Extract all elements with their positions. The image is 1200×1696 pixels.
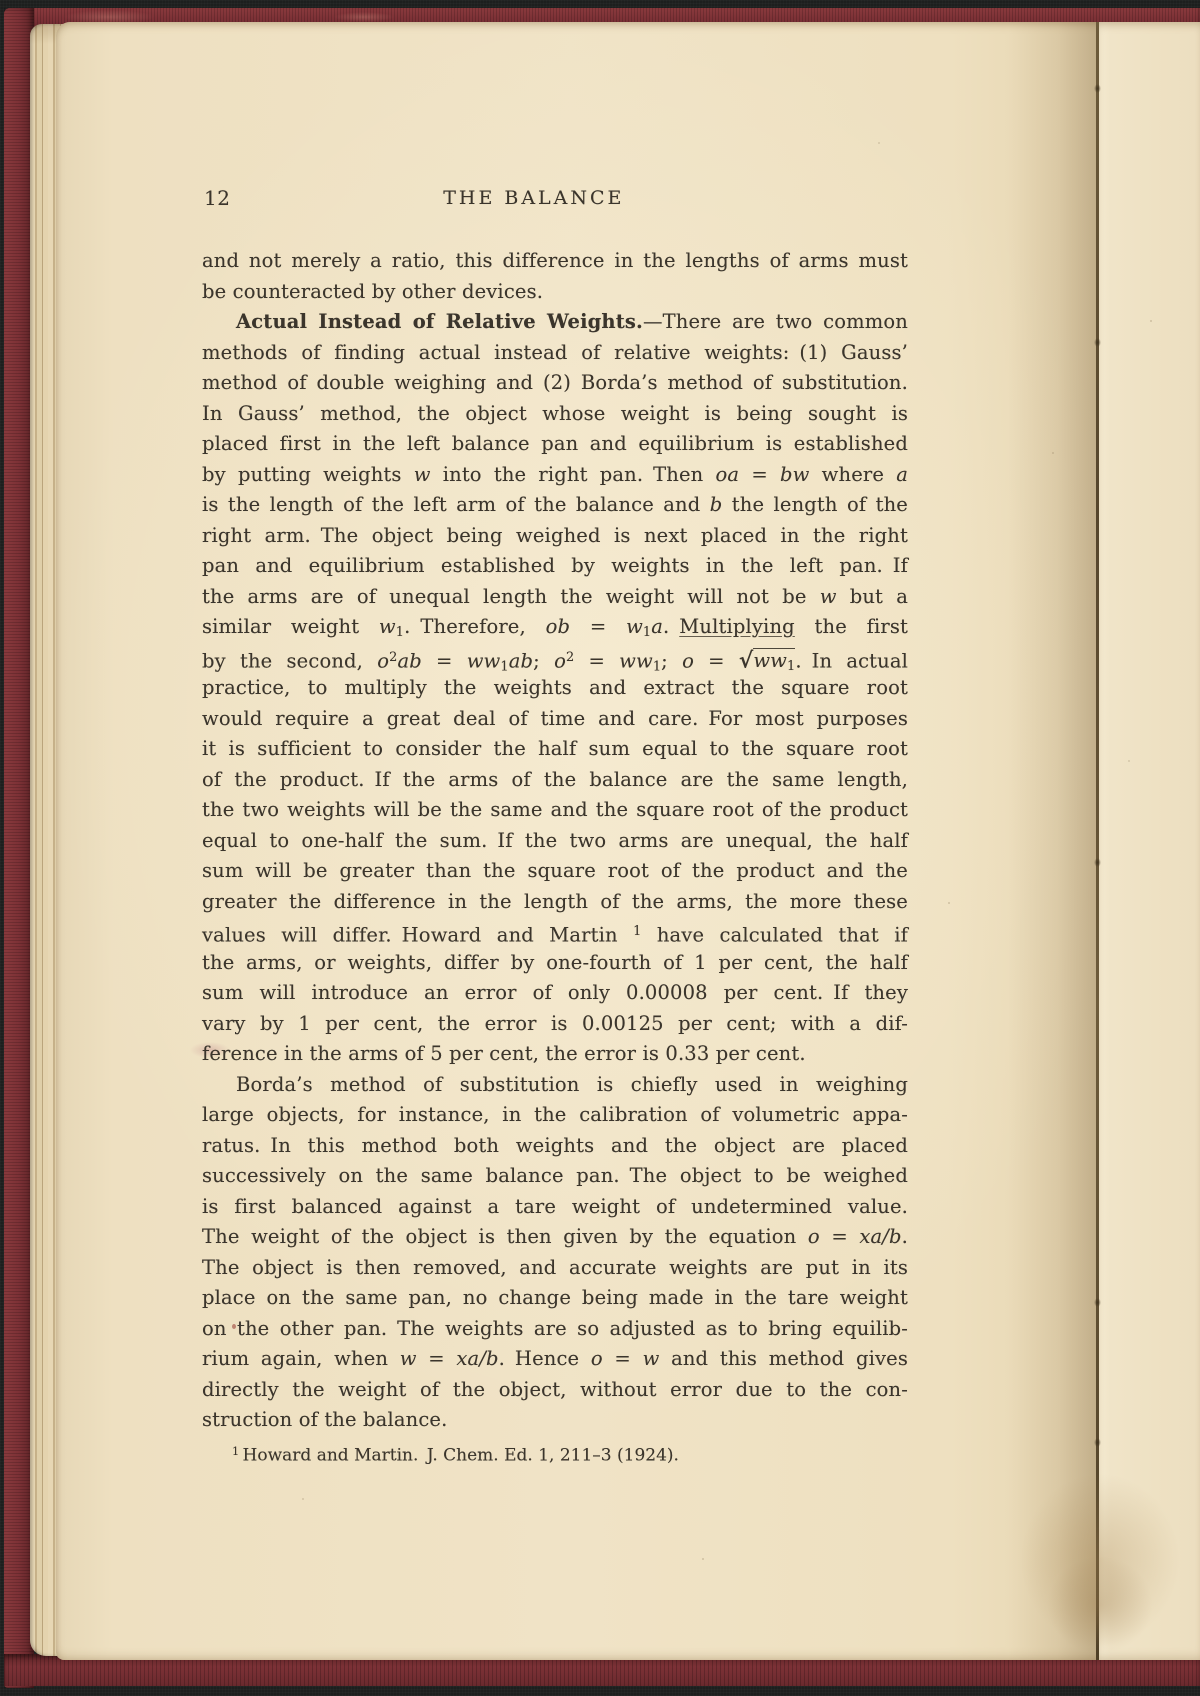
body-text: and not merely a ratio, this difference … [202, 246, 908, 1436]
text-segment: b [710, 493, 723, 516]
text-segment: 1 [500, 659, 508, 674]
text-line: values will differ. Howard and Martin 1 … [202, 917, 908, 948]
text-segment: a [896, 463, 908, 486]
text-line: on the other pan. The weights are so adj… [202, 1314, 908, 1345]
text-line: by putting weights w into the right pan.… [202, 460, 908, 491]
binding-stitch [1094, 1298, 1101, 1307]
text-line: struction of the balance. [202, 1405, 908, 1436]
text-segment: —There are two common [643, 310, 908, 333]
text-segment: = [570, 615, 626, 638]
text-segment: practice, to multiply the weights and ex… [202, 676, 908, 699]
text-segment: the length of the [722, 493, 908, 516]
text-line: Actual Instead of Relative Weights.—Ther… [202, 307, 908, 338]
text-segment: is first balanced against a tare weight … [202, 1195, 908, 1218]
text-segment: bw [780, 463, 809, 486]
text-line: place on the same pan, no change being m… [202, 1283, 908, 1314]
binding-stitch [1094, 858, 1101, 867]
text-segment: but a [837, 585, 908, 608]
text-line: greater the difference in the length of … [202, 887, 908, 918]
text-segment: ; [533, 649, 554, 672]
text-segment: by the second, [202, 649, 377, 672]
text-segment: values will differ. Howard and Martin [202, 923, 633, 946]
text-line: large objects, for instance, in the cali… [202, 1100, 908, 1131]
text-segment: The weight of the object is then given b… [202, 1225, 808, 1248]
text-segment: = [603, 1347, 643, 1370]
text-segment: ww [619, 649, 653, 672]
text-line: of the product. If the arms of the balan… [202, 765, 908, 796]
binding-stitch [1094, 84, 1101, 93]
text-segment: greater the difference in the length of … [202, 890, 908, 913]
text-segment: w [626, 615, 643, 638]
running-head: THE BALANCE [443, 187, 624, 209]
text-line: would require a great deal of time and c… [202, 704, 908, 735]
text-line: method of double weighing and (2) Borda’… [202, 368, 908, 399]
text-segment: = [574, 649, 619, 672]
text-segment: o [682, 649, 694, 672]
text-segment: ww [467, 649, 501, 672]
text-line: The weight of the object is then given b… [202, 1222, 908, 1253]
text-line: equal to one-half the sum. If the two ar… [202, 826, 908, 857]
text-line: ratus. In this method both weights and t… [202, 1131, 908, 1162]
text-segment: place on the same pan, no change being m… [202, 1286, 908, 1309]
text-segment: w [400, 1347, 417, 1370]
page-number: 12 [204, 186, 230, 210]
text-column: 12 THE BALANCE and not merely a ratio, t… [202, 186, 908, 1468]
text-segment: and not merely a ratio, this difference … [202, 249, 908, 272]
binding-gutter [1096, 22, 1099, 1660]
text-line: it is sufficient to consider the half su… [202, 734, 908, 765]
text-line: placed first in the left balance pan and… [202, 429, 908, 460]
text-segment: = [417, 1347, 457, 1370]
text-line: the arms, or weights, differ by one-four… [202, 948, 908, 979]
text-segment: ob [546, 615, 571, 638]
text-segment: . [663, 615, 679, 638]
text-line: sum will introduce an error of only 0.00… [202, 978, 908, 1009]
text-segment: be counteracted by other devices. [202, 280, 543, 303]
paper-specks [0, 0, 2, 2]
text-segment: would require a great deal of time and c… [202, 707, 908, 730]
text-line: vary by 1 per cent, the error is 0.00125… [202, 1009, 908, 1040]
text-segment: = [422, 649, 467, 672]
text-segment: the two weights will be the same and the… [202, 798, 908, 821]
text-segment: In Gauss’ method, the object whose weigh… [202, 402, 908, 425]
text-segment: = [820, 1225, 860, 1248]
text-segment: . Therefore, [404, 615, 545, 638]
text-segment: ab [509, 649, 533, 672]
text-segment: ab [397, 649, 421, 672]
text-line: is first balanced against a tare weight … [202, 1192, 908, 1223]
text-segment: 1 [643, 625, 651, 640]
text-line: The object is then removed, and accurate… [202, 1253, 908, 1284]
footnote: 1 Howard and Martin. J. Chem. Ed. 1, 211… [202, 1439, 908, 1469]
binding-stitch [1094, 1438, 1101, 1447]
text-line: similar weight w1. Therefore, ob = w1a. … [202, 612, 908, 643]
text-segment: rium again, when [202, 1347, 400, 1370]
text-segment: of the product. If the arms of the balan… [202, 768, 908, 791]
text-segment: o [591, 1347, 603, 1370]
text-line: sum will be greater than the square root… [202, 856, 908, 887]
text-line: In Gauss’ method, the object whose weigh… [202, 399, 908, 430]
text-line: right arm. The object being weighed is n… [202, 521, 908, 552]
text-segment: pan and equilibrium established by weigh… [202, 554, 908, 577]
text-segment: placed first in the left balance pan and… [202, 432, 908, 455]
text-segment: by putting weights [202, 463, 414, 486]
text-segment: right arm. The object being weighed is n… [202, 524, 908, 547]
text-segment: Howard and Martin. J. Chem. Ed. 1, 211–3… [239, 1445, 679, 1465]
text-segment: Multiplying [679, 615, 795, 638]
text-segment: w [643, 1347, 660, 1370]
text-line: Borda’s method of substitution is chiefl… [202, 1070, 908, 1101]
text-segment: successively on the same balance pan. Th… [202, 1164, 908, 1187]
text-segment: ference in the arms of 5 per cent, the e… [202, 1042, 806, 1065]
text-line: the arms are of unequal length the weigh… [202, 582, 908, 613]
text-segment: large objects, for instance, in the cali… [202, 1103, 908, 1126]
text-segment: oa [716, 463, 740, 486]
text-segment: . In actual [795, 649, 908, 672]
page-header: 12 THE BALANCE [202, 186, 908, 216]
text-segment: the arms are of unequal length the weigh… [202, 585, 820, 608]
text-segment: o [377, 649, 389, 672]
text-segment: ww [753, 649, 787, 672]
text-segment: and this method gives [659, 1347, 908, 1370]
text-segment: 1 [653, 659, 661, 674]
text-line: and not merely a ratio, this difference … [202, 246, 908, 277]
text-segment: The object is then removed, and accurate… [202, 1256, 908, 1279]
text-line: methods of finding actual instead of rel… [202, 338, 908, 369]
text-segment: o [808, 1225, 820, 1248]
text-segment: struction of the balance. [202, 1408, 447, 1431]
text-segment: it is sufficient to consider the half su… [202, 737, 908, 760]
text-line: pan and equilibrium established by weigh… [202, 551, 908, 582]
text-segment: equal to one-half the sum. If the two ar… [202, 829, 908, 852]
text-segment: w [820, 585, 837, 608]
text-line: be counteracted by other devices. [202, 277, 908, 308]
text-segment: xa/b [859, 1225, 901, 1248]
text-segment: directly the weight of the object, witho… [202, 1378, 908, 1401]
text-segment: the arms, or weights, differ by one-four… [202, 951, 908, 974]
text-line: successively on the same balance pan. Th… [202, 1161, 908, 1192]
text-segment: method of double weighing and (2) Borda’… [202, 371, 908, 394]
text-segment: w [379, 615, 396, 638]
text-segment: have calculated that if [641, 923, 908, 946]
text-segment: = [739, 463, 780, 486]
text-line: ference in the arms of 5 per cent, the e… [202, 1039, 908, 1070]
text-segment: ratus. In this method both weights and t… [202, 1134, 908, 1157]
text-line: the two weights will be the same and the… [202, 795, 908, 826]
text-segment: 1 [396, 625, 404, 640]
right-page-sliver [1099, 22, 1200, 1660]
text-line: directly the weight of the object, witho… [202, 1375, 908, 1406]
text-line: practice, to multiply the weights and ex… [202, 673, 908, 704]
text-segment: on the other pan. The weights are so adj… [202, 1317, 908, 1340]
text-segment: . Hence [499, 1347, 591, 1370]
scanned-book-page: 12 THE BALANCE and not merely a ratio, t… [0, 0, 1200, 1696]
binding-stitch [1094, 338, 1101, 347]
cover-wear-mark [334, 12, 394, 22]
text-segment: the first [795, 615, 908, 638]
text-line: by the second, o2ab = ww1ab; o2 = ww1; o… [202, 643, 908, 674]
text-segment: ; [661, 649, 682, 672]
text-line: is the length of the left arm of the bal… [202, 490, 908, 521]
text-segment: a [651, 615, 663, 638]
gutter-shadow [1008, 22, 1098, 1660]
text-segment: sum will introduce an error of only 0.00… [202, 981, 908, 1004]
text-segment: √ [739, 647, 754, 673]
text-segment: into the right pan. Then [431, 463, 716, 486]
text-segment: ww1 [753, 648, 795, 672]
text-segment: methods of finding actual instead of rel… [202, 341, 908, 364]
text-segment: w [414, 463, 431, 486]
text-segment: . [902, 1225, 908, 1248]
text-segment: o [554, 649, 566, 672]
text-segment: = [694, 649, 739, 672]
text-segment: xa/b [456, 1347, 498, 1370]
text-segment: similar weight [202, 615, 379, 638]
text-segment: vary by 1 per cent, the error is 0.00125… [202, 1012, 908, 1035]
text-line: rium again, when w = xa/b. Hence o = w a… [202, 1344, 908, 1375]
text-segment: is the length of the left arm of the bal… [202, 493, 710, 516]
text-segment: Actual Instead of Relative Weights. [236, 310, 643, 333]
text-segment: Borda’s method of substitution is chiefl… [236, 1073, 908, 1096]
text-segment: sum will be greater than the square root… [202, 859, 908, 882]
text-segment: where [810, 463, 897, 486]
